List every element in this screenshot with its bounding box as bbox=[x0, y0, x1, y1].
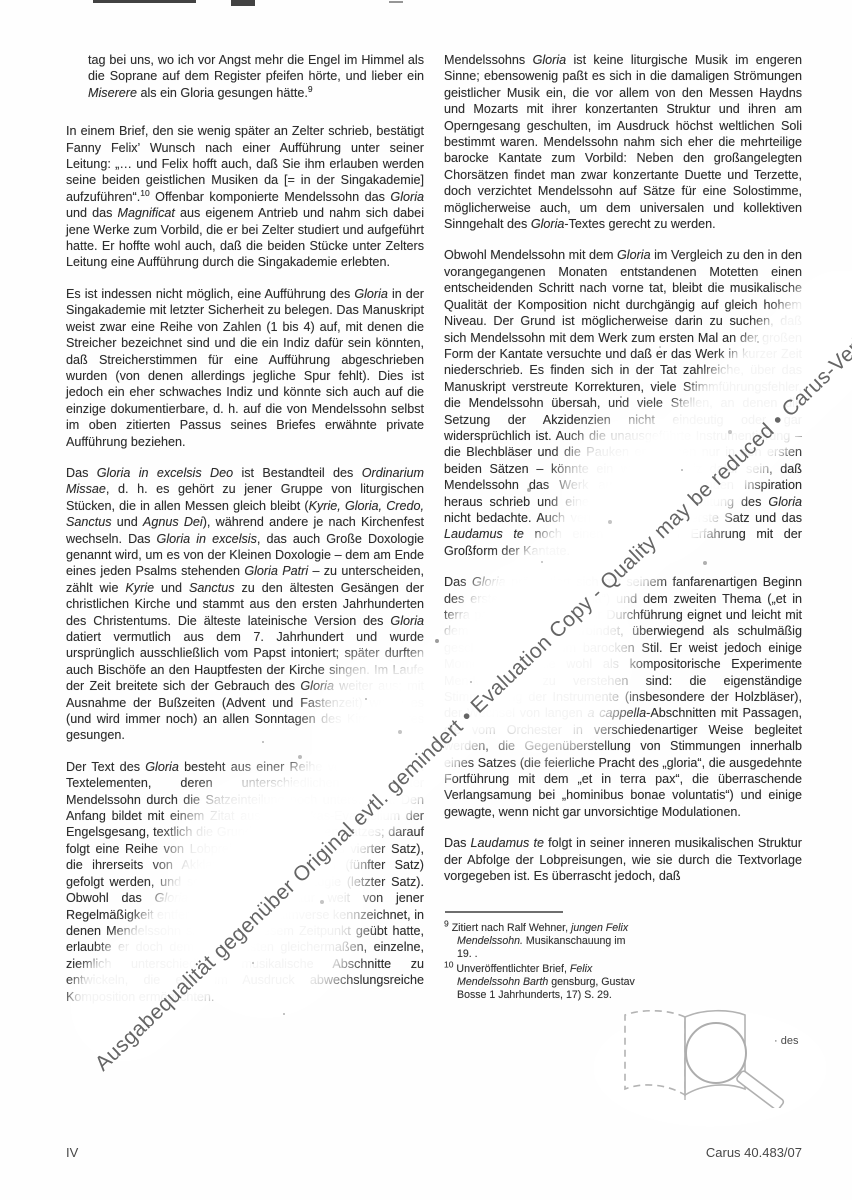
footnote-rule bbox=[445, 911, 563, 914]
book-left-page bbox=[625, 1011, 685, 1095]
footnote-marker: 10 bbox=[444, 959, 453, 969]
page-footer: IV Carus 40.483/07 bbox=[66, 1145, 802, 1160]
paragraph: Es ist indessen nicht möglich, eine Auff… bbox=[66, 286, 424, 450]
scan-artifact bbox=[93, 0, 196, 3]
document-page: tag bei uns, wo ich vor Angst mehr die E… bbox=[0, 0, 852, 1200]
footnote: 10 Unveröffentlichter Brief, Felix Mende… bbox=[444, 963, 640, 1003]
paragraph: Das Laudamus te folgt in seiner inneren … bbox=[444, 835, 802, 884]
scan-artifact bbox=[389, 1, 403, 3]
magnifier-lens bbox=[686, 1023, 746, 1083]
footnote-marker: 9 bbox=[444, 918, 449, 928]
page-number: IV bbox=[66, 1145, 78, 1160]
footnote: 9 Zitiert nach Ralf Wehner, jungen Felix… bbox=[444, 922, 640, 962]
book-magnifier-logo bbox=[615, 1008, 800, 1108]
catalog-number: Carus 40.483/07 bbox=[706, 1145, 802, 1160]
scan-artifact bbox=[231, 0, 255, 6]
scan-noise-speckles bbox=[0, 0, 2, 2]
paragraph: Mendelssohns Gloria ist keine liturgisch… bbox=[444, 52, 802, 232]
paragraph: In einem Brief, den sie wenig später an … bbox=[66, 123, 424, 271]
footnotes: 9 Zitiert nach Ralf Wehner, jungen Felix… bbox=[444, 922, 640, 1002]
block-quote: tag bei uns, wo ich vor Angst mehr die E… bbox=[88, 52, 424, 101]
